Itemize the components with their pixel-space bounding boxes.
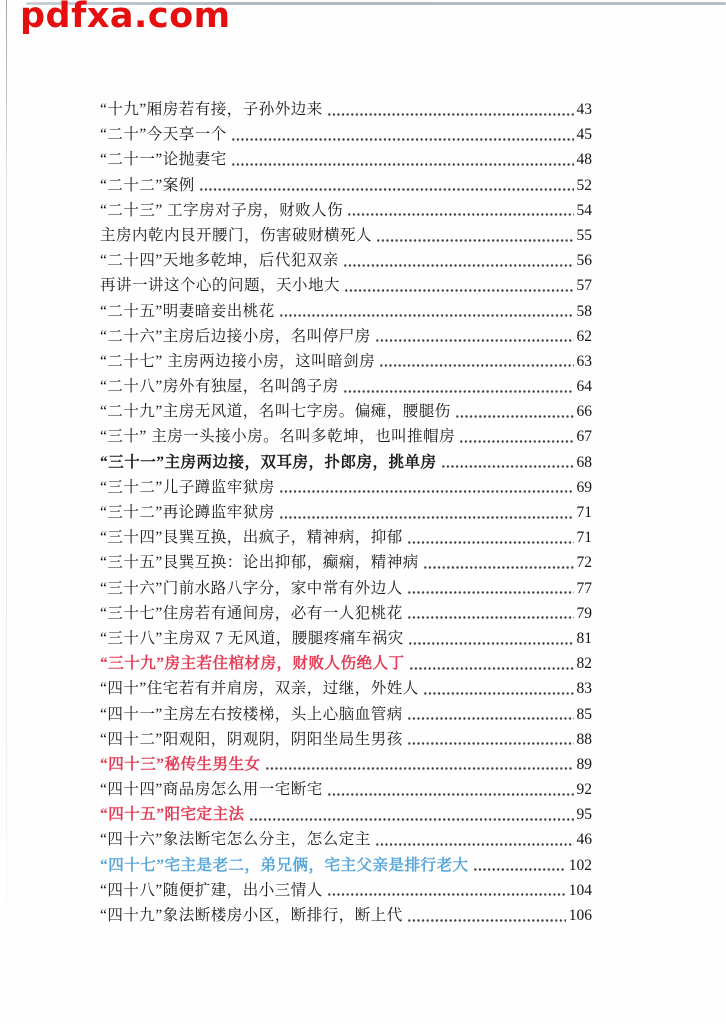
entry-title: “四十五”阳宅定主法 (100, 802, 245, 824)
toc-entry: “四十五”阳宅定主法 95 (100, 802, 592, 827)
dot-leader (407, 727, 574, 752)
toc-entry: “三十六”门前水路八字分，家中常有外边人 77 (100, 576, 592, 601)
entry-title: “二十”今天享一个 (100, 122, 227, 144)
dot-leader (407, 576, 574, 601)
dot-leader (375, 324, 574, 349)
page-number: 71 (577, 504, 593, 522)
dot-leader (265, 752, 574, 777)
toc-entry: “十九”厢房若有接，子孙外边来 43 (100, 97, 592, 122)
page-number: 106 (569, 907, 592, 925)
toc-entry: “四十六”象法断宅怎么分主，怎么定主 46 (100, 827, 592, 852)
entry-title: “三十七”住房若有通间房，必有一人犯桃花 (100, 601, 403, 623)
dot-leader (327, 878, 566, 903)
toc-entry: “四十二”阳观阳，阴观阴，阴阳坐局生男孩 88 (100, 727, 592, 752)
entry-title: “三十五”艮巽互换：论出抑郁，癫痫，精神病 (100, 550, 419, 572)
dot-leader (376, 223, 573, 248)
toc-entry: “四十七”宅主是老二，弟兄俩，宅主父亲是排行老大 102 (100, 853, 592, 878)
page-number: 68 (577, 454, 593, 472)
entry-title: “四十七”宅主是老二，弟兄俩，宅主父亲是排行老大 (100, 853, 469, 875)
toc-entry: “三十” 主房一头接小房。名叫多乾坤，也叫推帽房 67 (100, 424, 592, 449)
entry-title: “四十”住宅若有并肩房，双亲，过继，外姓人 (100, 676, 419, 698)
page-number: 71 (577, 529, 593, 547)
page-number: 48 (577, 151, 593, 169)
dot-leader (231, 122, 574, 147)
toc-entry: “四十八”随便扩建，出小三情人 104 (100, 878, 592, 903)
dot-leader (407, 903, 566, 928)
page-number: 45 (577, 126, 593, 144)
page-number: 62 (577, 328, 593, 346)
page-number: 54 (577, 202, 593, 220)
entry-title: “四十三”秘传生男生女 (100, 752, 261, 774)
dot-leader (375, 827, 574, 852)
entry-title: “三十八”主房双 7 无风道，腰腿疼痛车祸灾 (100, 626, 404, 648)
page-number: 57 (577, 277, 593, 295)
page-number: 52 (577, 177, 593, 195)
dot-leader (473, 853, 566, 878)
entry-title: “三十二”再论蹲监牢狱房 (100, 500, 275, 522)
watermark-text: pdfxa.com (20, 0, 231, 36)
entry-title: “三十一”主房两边接，双耳房，扑郎房，挑单房 (100, 450, 437, 472)
toc-entry: “二十三” 工字房对子房，财败人伤 54 (100, 198, 592, 223)
toc-entry: “二十九”主房无风道，名叫七字房。偏瘫，腰腿伤 66 (100, 399, 592, 424)
dot-leader (279, 475, 574, 500)
entry-title: “四十八”随便扩建，出小三情人 (100, 878, 323, 900)
dot-leader (423, 550, 574, 575)
toc-entry: “三十二”儿子蹲监牢狱房 69 (100, 475, 592, 500)
toc-entry: “四十三”秘传生男生女 89 (100, 752, 592, 777)
page-number: 104 (569, 882, 592, 900)
entry-title: “二十一”论抛妻宅 (100, 147, 227, 169)
toc-entry: “三十五”艮巽互换：论出抑郁，癫痫，精神病 72 (100, 550, 592, 575)
dot-leader (327, 777, 574, 802)
toc-entry: “二十八”房外有独屋，名叫鸽子房 64 (100, 374, 592, 399)
entry-title: 再讲一讲这个心的问题，天小地大 (100, 273, 340, 295)
page-number: 67 (577, 428, 593, 446)
page-number: 102 (569, 857, 592, 875)
dot-leader (249, 802, 574, 827)
page-number: 79 (577, 605, 593, 623)
toc-entry: “二十七” 主房两边接小房，这叫暗剑房 63 (100, 349, 592, 374)
toc-entry: “三十八”主房双 7 无风道，腰腿疼痛车祸灾 81 (100, 626, 592, 651)
page-number: 89 (577, 756, 593, 774)
entry-title: “四十一”主房左右按楼梯，头上心脑血管病 (100, 702, 403, 724)
dot-leader (343, 374, 574, 399)
entry-title: “二十二”案例 (100, 173, 195, 195)
dot-leader (409, 651, 574, 676)
page-number: 77 (577, 580, 593, 598)
scanned-document-page: pdfxa.com “十九”厢房若有接，子孙外边来 43 “二十”今天享一个 4… (0, 0, 726, 1024)
entry-title: “二十七” 主房两边接小房，这叫暗剑房 (100, 349, 375, 371)
dot-leader (279, 299, 574, 324)
entry-title: “三十六”门前水路八字分，家中常有外边人 (100, 576, 403, 598)
page-number: 66 (577, 403, 593, 421)
dot-leader (344, 273, 573, 298)
dot-leader (423, 676, 574, 701)
dot-leader (347, 198, 573, 223)
dot-leader (279, 500, 574, 525)
page-number: 69 (577, 479, 593, 497)
page-number: 82 (577, 655, 593, 673)
toc-entry: “二十”今天享一个 45 (100, 122, 592, 147)
page-number: 95 (577, 806, 593, 824)
entry-title: “三十九”房主若住棺材房，财败人伤绝人丁 (100, 651, 405, 673)
toc-entry: “三十一”主房两边接，双耳房，扑郎房，挑单房 68 (100, 450, 592, 475)
toc-entry: “四十四”商品房怎么用一宅断宅 92 (100, 777, 592, 802)
toc-entry: “四十九”象法断楼房小区，断排行，断上代 106 (100, 903, 592, 928)
dot-leader (408, 626, 574, 651)
dot-leader (455, 399, 574, 424)
entry-title: “三十二”儿子蹲监牢狱房 (100, 475, 275, 497)
entry-title: “四十二”阳观阳，阴观阴，阴阳坐局生男孩 (100, 727, 403, 749)
page-number: 63 (577, 353, 593, 371)
dot-leader (459, 424, 573, 449)
page-number: 85 (577, 706, 593, 724)
entry-title: “四十六”象法断宅怎么分主，怎么定主 (100, 827, 371, 849)
dot-leader (327, 97, 574, 122)
page-number: 88 (577, 731, 593, 749)
toc-entry: “三十九”房主若住棺材房，财败人伤绝人丁 82 (100, 651, 592, 676)
toc-entry: 主房内乾内艮开腰门，伤害破财横死人 55 (100, 223, 592, 248)
page-number: 55 (577, 227, 593, 245)
entry-title: “十九”厢房若有接，子孙外边来 (100, 97, 323, 119)
page-number: 64 (577, 378, 593, 396)
page-number: 58 (577, 303, 593, 321)
entry-title: “四十九”象法断楼房小区，断排行，断上代 (100, 903, 403, 925)
entry-title: “三十” 主房一头接小房。名叫多乾坤，也叫推帽房 (100, 424, 455, 446)
toc-entry: “二十六”主房后边接小房，名叫停尸房 62 (100, 324, 592, 349)
toc-entry: “四十一”主房左右按楼梯，头上心脑血管病 85 (100, 702, 592, 727)
toc-entry: “二十二”案例 52 (100, 173, 592, 198)
page-number: 46 (577, 831, 593, 849)
scan-edge-left (6, 0, 7, 900)
toc-entry: “三十七”住房若有通间房，必有一人犯桃花 79 (100, 601, 592, 626)
entry-title: “二十九”主房无风道，名叫七字房。偏瘫，腰腿伤 (100, 399, 451, 421)
page-number: 56 (577, 252, 593, 270)
toc-entry: “二十一”论抛妻宅 48 (100, 147, 592, 172)
dot-leader (407, 702, 574, 727)
page-number: 81 (577, 630, 593, 648)
dot-leader (343, 248, 574, 273)
dot-leader (407, 601, 574, 626)
entry-title: “二十五”明妻暗妾出桃花 (100, 299, 275, 321)
entry-title: “二十三” 工字房对子房，财败人伤 (100, 198, 343, 220)
page-number: 83 (577, 680, 593, 698)
entry-title: 主房内乾内艮开腰门，伤害破财横死人 (100, 223, 372, 245)
toc-entry: “三十二”再论蹲监牢狱房 71 (100, 500, 592, 525)
table-of-contents: “十九”厢房若有接，子孙外边来 43 “二十”今天享一个 45 “二十一”论抛妻… (100, 97, 592, 928)
toc-entry: “三十四”艮巽互换，出疯子，精神病，抑郁 71 (100, 525, 592, 550)
page-number: 43 (577, 101, 593, 119)
entry-title: “二十四”天地多乾坤，后代犯双亲 (100, 248, 339, 270)
entry-title: “四十四”商品房怎么用一宅断宅 (100, 777, 323, 799)
toc-entry: “四十”住宅若有并肩房，双亲，过继，外姓人 83 (100, 676, 592, 701)
entry-title: “二十八”房外有独屋，名叫鸽子房 (100, 374, 339, 396)
dot-leader (231, 147, 574, 172)
entry-title: “二十六”主房后边接小房，名叫停尸房 (100, 324, 371, 346)
toc-entry: “二十五”明妻暗妾出桃花 58 (100, 299, 592, 324)
toc-entry: 再讲一讲这个心的问题，天小地大 57 (100, 273, 592, 298)
page-number: 72 (577, 554, 593, 572)
dot-leader (407, 525, 574, 550)
page-number: 92 (577, 781, 593, 799)
entry-title: “三十四”艮巽互换，出疯子，精神病，抑郁 (100, 525, 403, 547)
toc-entry: “二十四”天地多乾坤，后代犯双亲 56 (100, 248, 592, 273)
dot-leader (199, 173, 574, 198)
dot-leader (379, 349, 573, 374)
dot-leader (441, 450, 574, 475)
